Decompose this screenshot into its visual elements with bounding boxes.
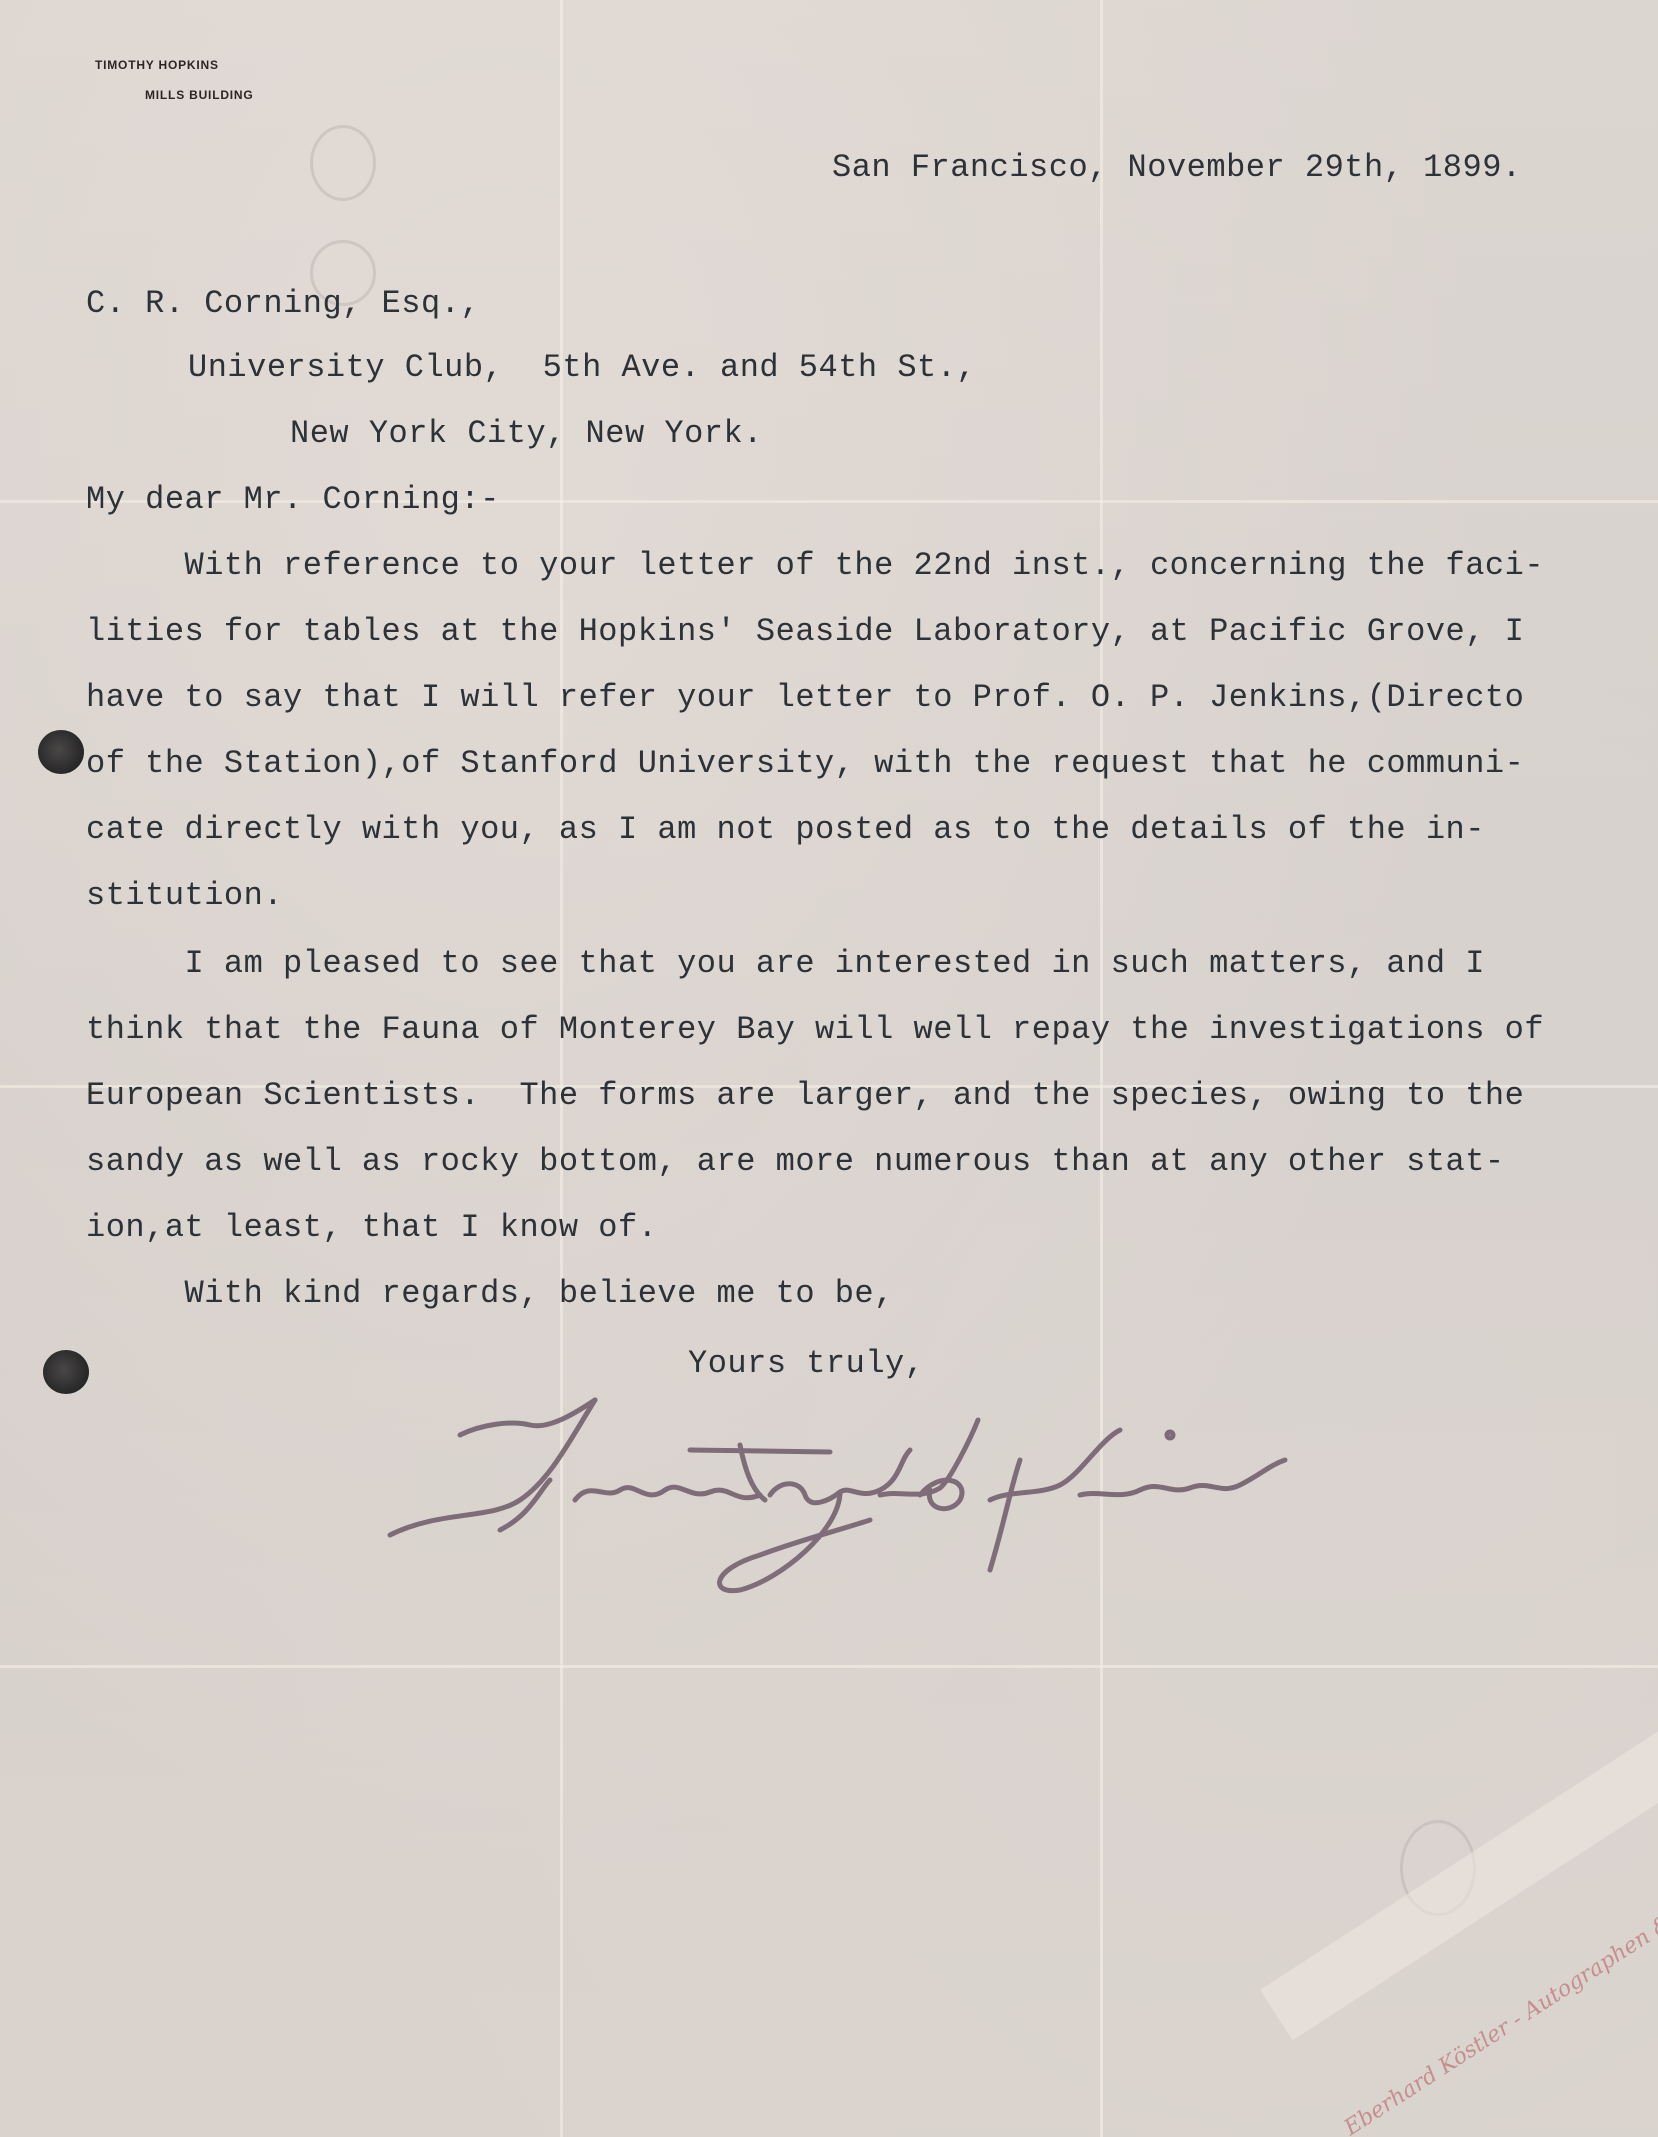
body-line: sandy as well as rocky bottom, are more … bbox=[86, 1146, 1505, 1178]
body-line: think that the Fauna of Monterey Bay wil… bbox=[86, 1014, 1544, 1046]
body-line: European Scientists. The forms are large… bbox=[86, 1080, 1524, 1112]
body-line: I am pleased to see that you are interes… bbox=[86, 948, 1485, 980]
watermark-band bbox=[1260, 1707, 1658, 2041]
body-line: ion,at least, that I know of. bbox=[86, 1212, 657, 1244]
body-line: With kind regards, believe me to be, bbox=[86, 1278, 894, 1310]
body-line: lities for tables at the Hopkins' Seasid… bbox=[86, 616, 1524, 648]
emboss-mark bbox=[310, 125, 376, 201]
recipient-name: C. R. Corning, Esq., bbox=[86, 288, 480, 320]
punch-hole bbox=[43, 1350, 89, 1394]
punch-hole bbox=[38, 730, 84, 774]
closing: Yours truly, bbox=[688, 1348, 924, 1380]
letterhead-address: MILLS BUILDING bbox=[145, 88, 254, 102]
fold-line-vertical-left bbox=[560, 0, 563, 2137]
body-line: stitution. bbox=[86, 880, 283, 912]
body-line: have to say that I will refer your lette… bbox=[86, 682, 1524, 714]
fold-line-horizontal-bottom bbox=[0, 1665, 1658, 1668]
recipient-address-line1: University Club, 5th Ave. and 54th St., bbox=[188, 352, 976, 384]
dateline: San Francisco, November 29th, 1899. bbox=[832, 152, 1522, 184]
letterhead-name: TIMOTHY HOPKINS bbox=[95, 58, 219, 72]
body-line: of the Station),of Stanford University, … bbox=[86, 748, 1524, 780]
signature-image bbox=[380, 1380, 1500, 1610]
recipient-address-line2: New York City, New York. bbox=[290, 418, 763, 450]
salutation: My dear Mr. Corning:- bbox=[86, 484, 500, 516]
body-line: cate directly with you, as I am not post… bbox=[86, 814, 1485, 846]
fold-line-vertical-right bbox=[1100, 0, 1103, 2137]
body-line: With reference to your letter of the 22n… bbox=[86, 550, 1544, 582]
